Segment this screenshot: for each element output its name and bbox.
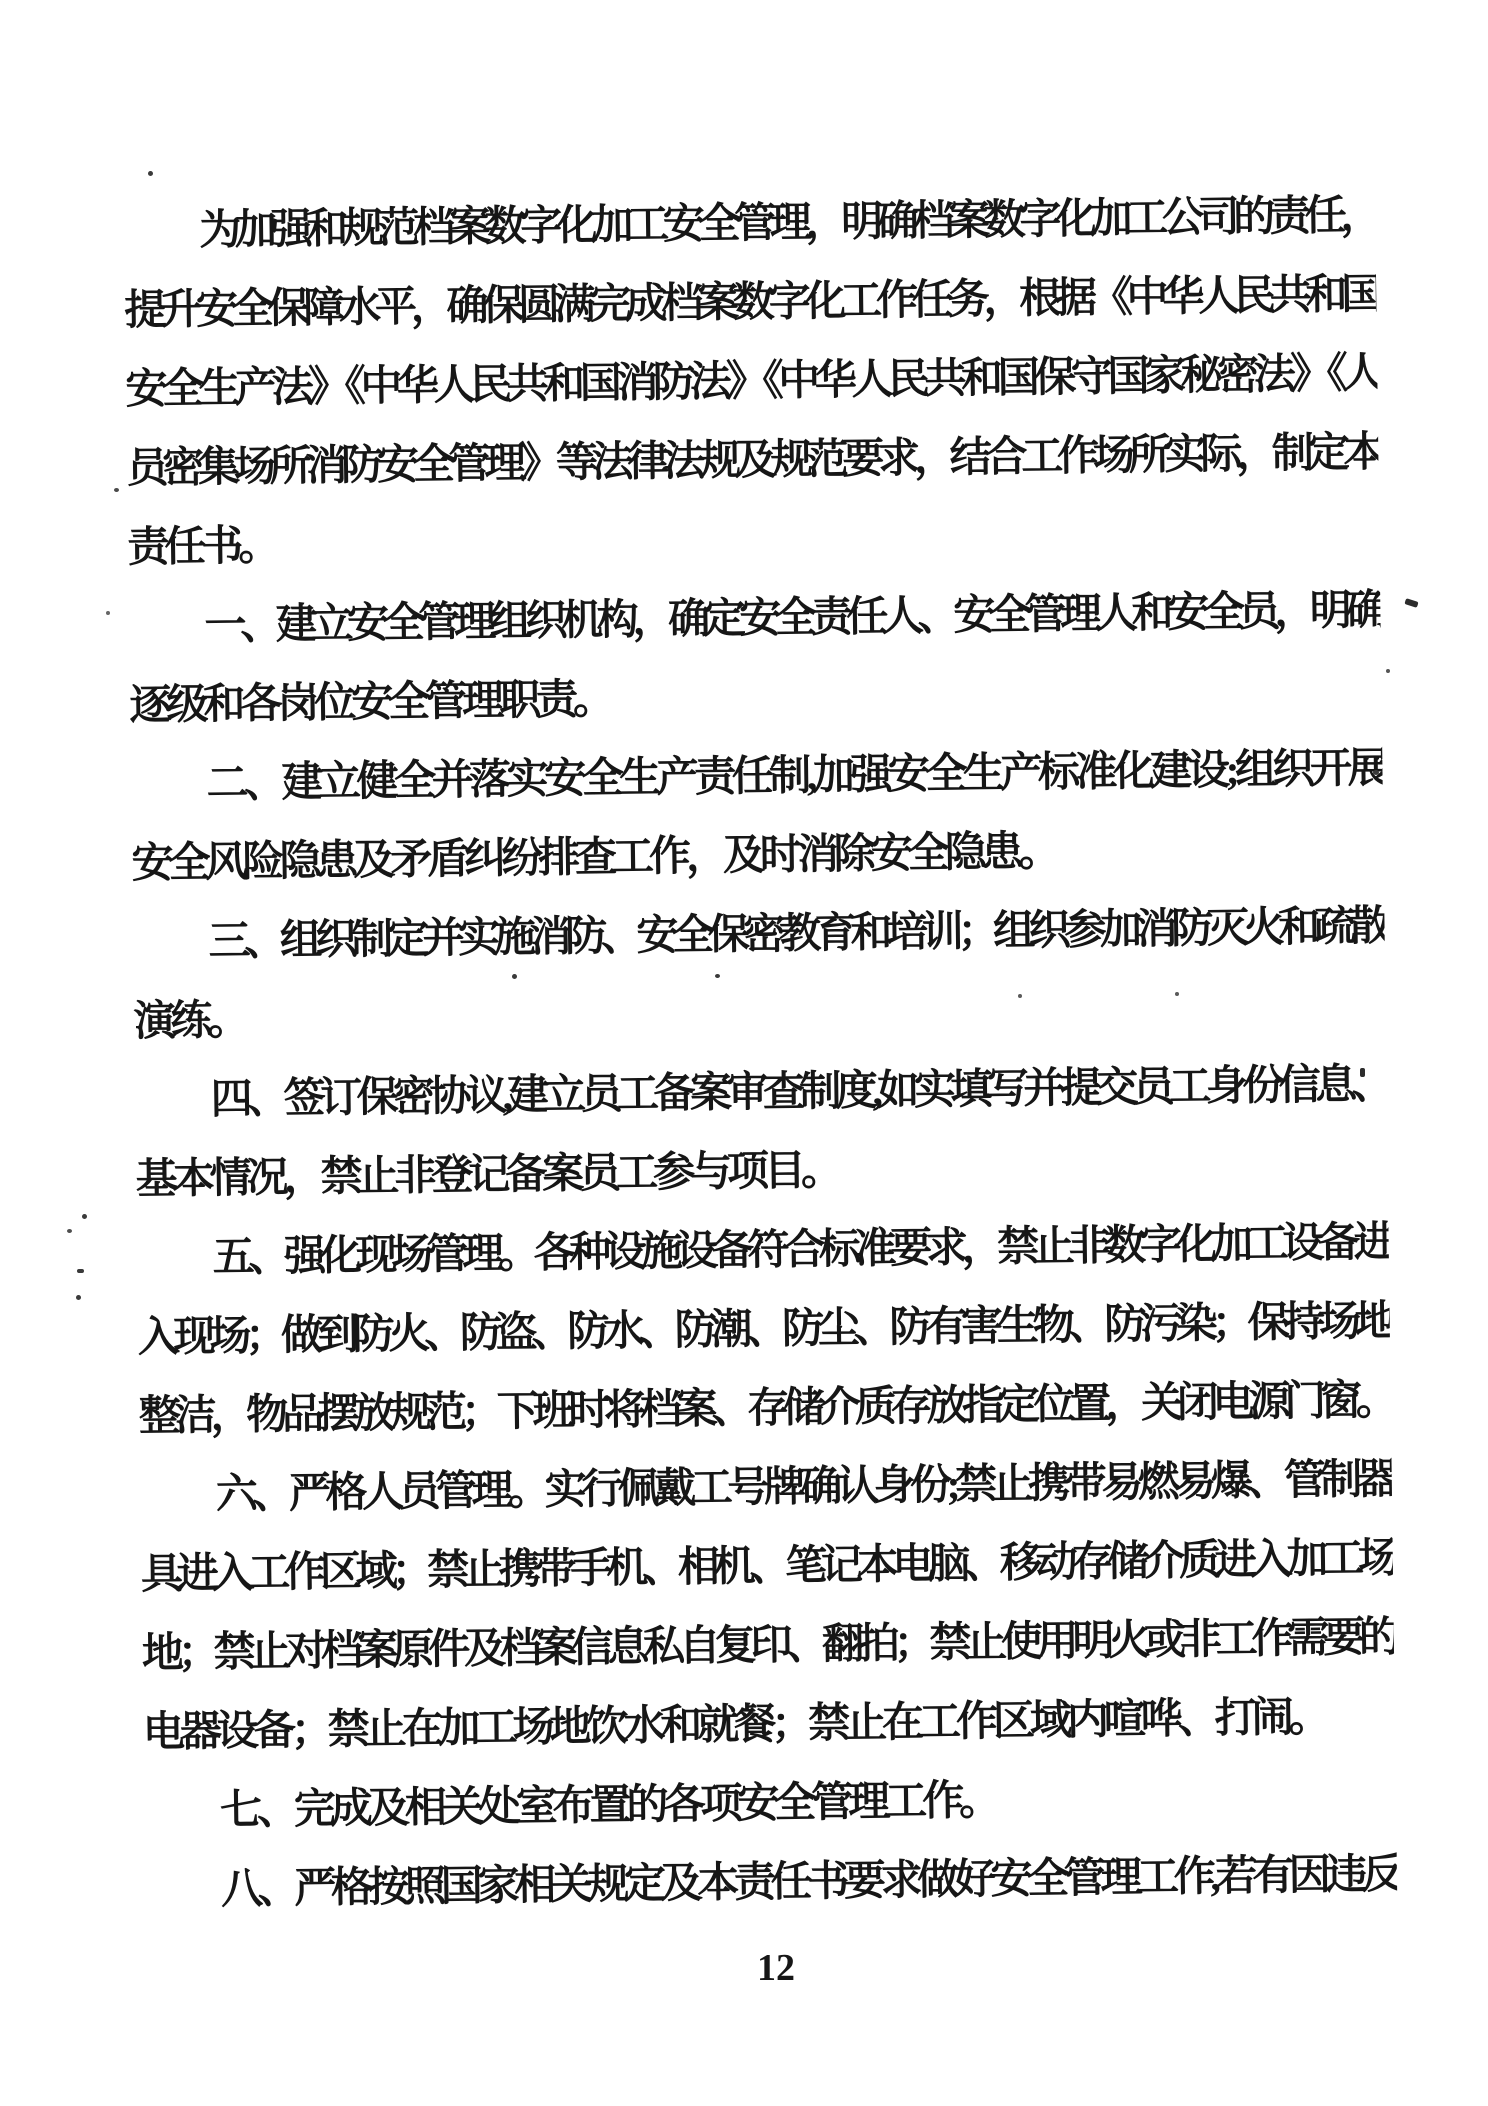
scan-speck [114,488,119,492]
doc-line: 一、建立安全管理组织机构，确定安全责任人、安全管理人和安全员，明确 [128,572,1381,667]
document-body: 为加强和规范档案数字化加工安全管理，明确档案数字化加工公司的责任， 提升安全保障… [123,177,1398,1931]
scan-speck [1175,992,1179,996]
scan-speck [67,1229,72,1233]
scan-speck [512,974,517,979]
scan-speck [1018,994,1022,998]
scan-speck [715,974,720,978]
scan-speck [106,611,110,615]
scanned-document-page: 为加强和规范档案数字化加工安全管理，明确档案数字化加工公司的责任， 提升安全保障… [0,0,1488,2106]
scan-speck [76,1295,81,1300]
doc-line: 二、建立健全并落实安全生产责任制,加强安全生产标准化建设;组织开展 [130,730,1383,825]
doc-line: 员密集场所消防安全管理》等法律法规及规范要求，结合工作场所实际，制定本 [126,414,1379,509]
scan-speck [1404,598,1418,608]
doc-line: 四、签订保密协议,建立员工备案审查制度,如实填写并提交员工身份信息、 [134,1046,1387,1141]
doc-line: 三、组织制定并实施消防、安全保密教育和培训；组织参加消防灭火和疏散 [132,888,1385,983]
page-number: 12 [757,1946,795,1990]
scan-speck [1386,669,1390,673]
scan-speck [148,171,153,176]
scan-speck [1360,1068,1365,1077]
scan-speck [77,1269,84,1273]
doc-line: 电器设备；禁止在加工场地饮水和就餐；禁止在工作区域内喧哗、打闹。 [142,1678,1395,1773]
scan-speck [82,1214,87,1219]
scan-speck [1373,770,1379,775]
doc-line: 八、严格按照国家相关规定及本责任书要求做好安全管理工作,若有因违反 [145,1836,1398,1931]
